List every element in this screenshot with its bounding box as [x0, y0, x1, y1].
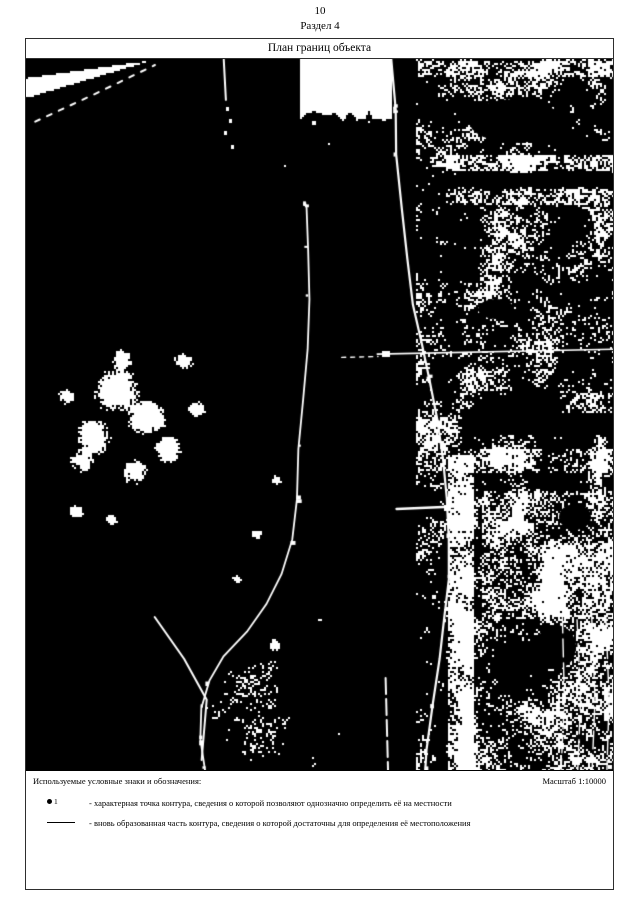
point-marker-icon: 1: [47, 797, 77, 806]
legend-item-line: - вновь образованная часть контура, свед…: [47, 817, 606, 830]
legend-item-point-text: - характерная точка контура, сведения о …: [89, 797, 452, 810]
map-area: [26, 59, 613, 770]
panel-title: План границ объекта: [26, 39, 613, 59]
legend-heading: Используемые условные знаки и обозначени…: [33, 776, 201, 786]
legend-item-line-text: - вновь образованная часть контура, свед…: [89, 817, 470, 830]
section-title: Раздел 4: [0, 20, 640, 32]
line-marker-icon: [47, 817, 77, 823]
page-number: 10: [0, 5, 640, 17]
point-number: 1: [54, 797, 58, 806]
legend: Используемые условные знаки и обозначени…: [26, 770, 613, 889]
point-dot-icon: [47, 799, 52, 804]
plan-panel: План границ объекта Используемые условны…: [25, 38, 614, 890]
contour-line-icon: [47, 822, 75, 823]
map-scale: Масштаб 1:10000: [542, 776, 606, 786]
legend-item-point: 1 - характерная точка контура, сведения …: [47, 797, 606, 810]
map-canvas: [26, 59, 613, 770]
legend-items: 1 - характерная точка контура, сведения …: [33, 797, 606, 830]
